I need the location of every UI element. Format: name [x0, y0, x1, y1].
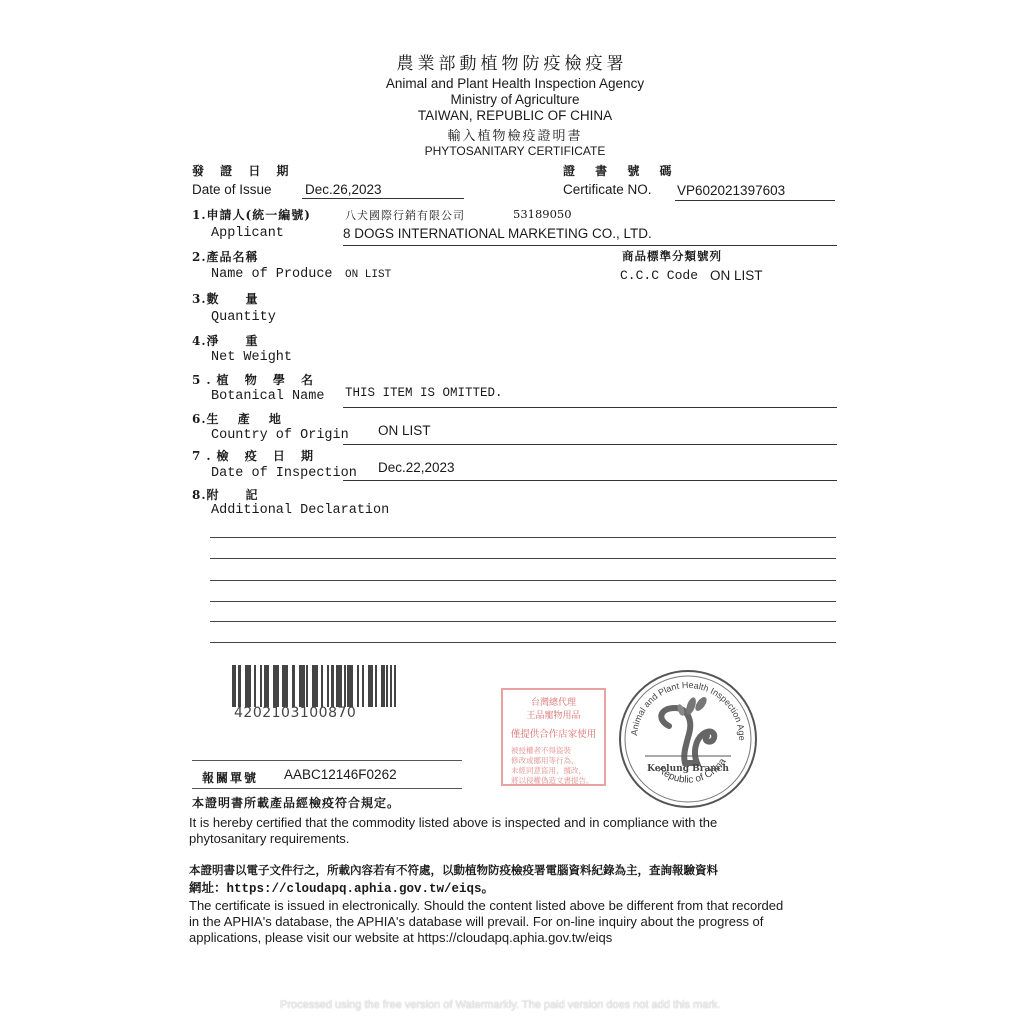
- stamp-line: 僅提供合作店家使用: [503, 726, 604, 740]
- barcode: [232, 665, 400, 707]
- applicant-label: Applicant: [211, 226, 284, 241]
- inspection-date-label-cn: 7.檢 疫 日 期: [192, 447, 319, 464]
- inspection-date-label: Date of Inspection: [211, 466, 357, 481]
- additional-declaration-label: Additional Declaration: [211, 503, 389, 518]
- notice-en-line2: in the APHIA's database, the APHIA's dat…: [189, 914, 763, 929]
- notice-cn-line1: 本證明書以電子文件行之，所載內容若有不符處，以動植物防疫檢疫署電腦資料紀錄為主，…: [189, 862, 718, 878]
- divider: [302, 198, 464, 199]
- divider: [675, 200, 835, 201]
- notice-cn-line2: 網址：https://cloudapq.aphia.gov.tw/eiqs。: [189, 878, 494, 896]
- divider: [192, 760, 462, 761]
- produce-label: Name of Produce: [211, 267, 333, 282]
- certificate-title-cn: 輸入植物檢疫證明書: [0, 125, 1024, 144]
- net-weight-label-cn: 4.淨 重: [192, 332, 259, 349]
- origin-label-cn: 6.生 產 地: [192, 410, 282, 427]
- produce-value: ON LIST: [345, 269, 391, 281]
- ministry-name: Ministry of Agriculture: [0, 92, 1024, 107]
- ccc-label-cn: 商品標準分類號列: [622, 248, 722, 264]
- stamp-line: 將以侵權偽造文書提告。: [511, 776, 604, 786]
- divider: [343, 245, 837, 246]
- barcode-number: 4202103100870: [234, 705, 356, 721]
- certificate-title-en: PHYTOSANITARY CERTIFICATE: [0, 144, 1024, 158]
- declaration-line: [210, 558, 836, 559]
- applicant-id-number: 53189050: [513, 207, 572, 221]
- certificate-no-value: VP602021397603: [677, 183, 785, 198]
- customs-no-value: AABC12146F0262: [284, 767, 397, 782]
- notice-en-line1: The certificate is issued in electronica…: [189, 898, 783, 913]
- botanical-name-label-cn: 5.植 物 學 名: [192, 371, 319, 388]
- seal-icon: Animal and Plant Health Inspection Agenc…: [617, 668, 759, 810]
- distributor-stamp: 台灣總代理 王品寵物用品 僅提供合作店家使用 被授權者不得盜裝 修改或挪用等行為…: [501, 688, 606, 786]
- stamp-line: 未經同意盜用、擅改，: [511, 766, 604, 776]
- notice-en-line3: applications, please visit our website a…: [189, 930, 612, 945]
- agency-name-en: Animal and Plant Health Inspection Agenc…: [0, 76, 1024, 91]
- net-weight-label: Net Weight: [211, 350, 292, 365]
- botanical-name-label: Botanical Name: [211, 389, 324, 404]
- origin-value: ON LIST: [378, 423, 431, 438]
- certification-statement-cn: 本證明書所載產品經檢疫符合規定。: [192, 794, 400, 811]
- divider: [343, 444, 837, 445]
- inspection-date-value: Dec.22,2023: [378, 460, 455, 475]
- applicant-value-cn: 八犬國際行銷有限公司: [345, 207, 465, 223]
- stamp-line: 修改或挪用等行為，: [511, 756, 604, 766]
- applicant-label-cn: 1.申請人(統一編號): [192, 206, 311, 223]
- svg-text:Animal and Plant Health Inspec: Animal and Plant Health Inspection Agenc…: [617, 668, 747, 741]
- date-of-issue-label-cn: 發 證 日 期: [192, 162, 295, 179]
- certificate-no-label: Certificate NO.: [563, 182, 652, 197]
- produce-label-cn: 2.產品名稱: [192, 248, 259, 265]
- date-of-issue-label: Date of Issue: [192, 182, 272, 197]
- certification-statement-line2: phytosanitary requirements.: [189, 831, 349, 846]
- declaration-line: [210, 601, 836, 602]
- ccc-label: C.C.C Code: [620, 268, 698, 283]
- divider: [192, 788, 462, 789]
- declaration-line: [210, 621, 836, 622]
- quantity-label: Quantity: [211, 310, 276, 325]
- divider: [343, 407, 837, 408]
- watermark-text: Processed using the free version of Wate…: [280, 999, 721, 1011]
- certification-statement-line1: It is hereby certified that the commodit…: [189, 815, 717, 830]
- declaration-line: [210, 537, 836, 538]
- stamp-line: 台灣總代理: [503, 695, 604, 708]
- quantity-label-cn: 3.數 量: [192, 290, 259, 307]
- certificate-no-label-cn: 證 書 號 碼: [563, 162, 680, 179]
- origin-label: Country of Origin: [211, 428, 349, 443]
- agency-name-cn: 農業部動植物防疫檢疫署: [0, 49, 1024, 74]
- applicant-value: 8 DOGS INTERNATIONAL MARKETING CO., LTD.: [343, 226, 652, 241]
- additional-declaration-label-cn: 8.附 記: [192, 486, 259, 503]
- declaration-line: [210, 580, 836, 581]
- official-seal: Animal and Plant Health Inspection Agenc…: [617, 668, 759, 810]
- stamp-line: 王品寵物用品: [503, 708, 604, 721]
- svg-text:Keelung Branch: Keelung Branch: [647, 764, 729, 774]
- date-of-issue-value: Dec.26,2023: [305, 182, 382, 197]
- stamp-line: 被授權者不得盜裝: [511, 746, 604, 756]
- declaration-line: [210, 642, 836, 643]
- customs-no-label-cn: 報關單號: [202, 769, 258, 786]
- country-name: TAIWAN, REPUBLIC OF CHINA: [0, 108, 1024, 123]
- divider: [343, 480, 837, 481]
- ccc-value: ON LIST: [710, 268, 763, 283]
- botanical-name-value: THIS ITEM IS OMITTED.: [345, 386, 503, 400]
